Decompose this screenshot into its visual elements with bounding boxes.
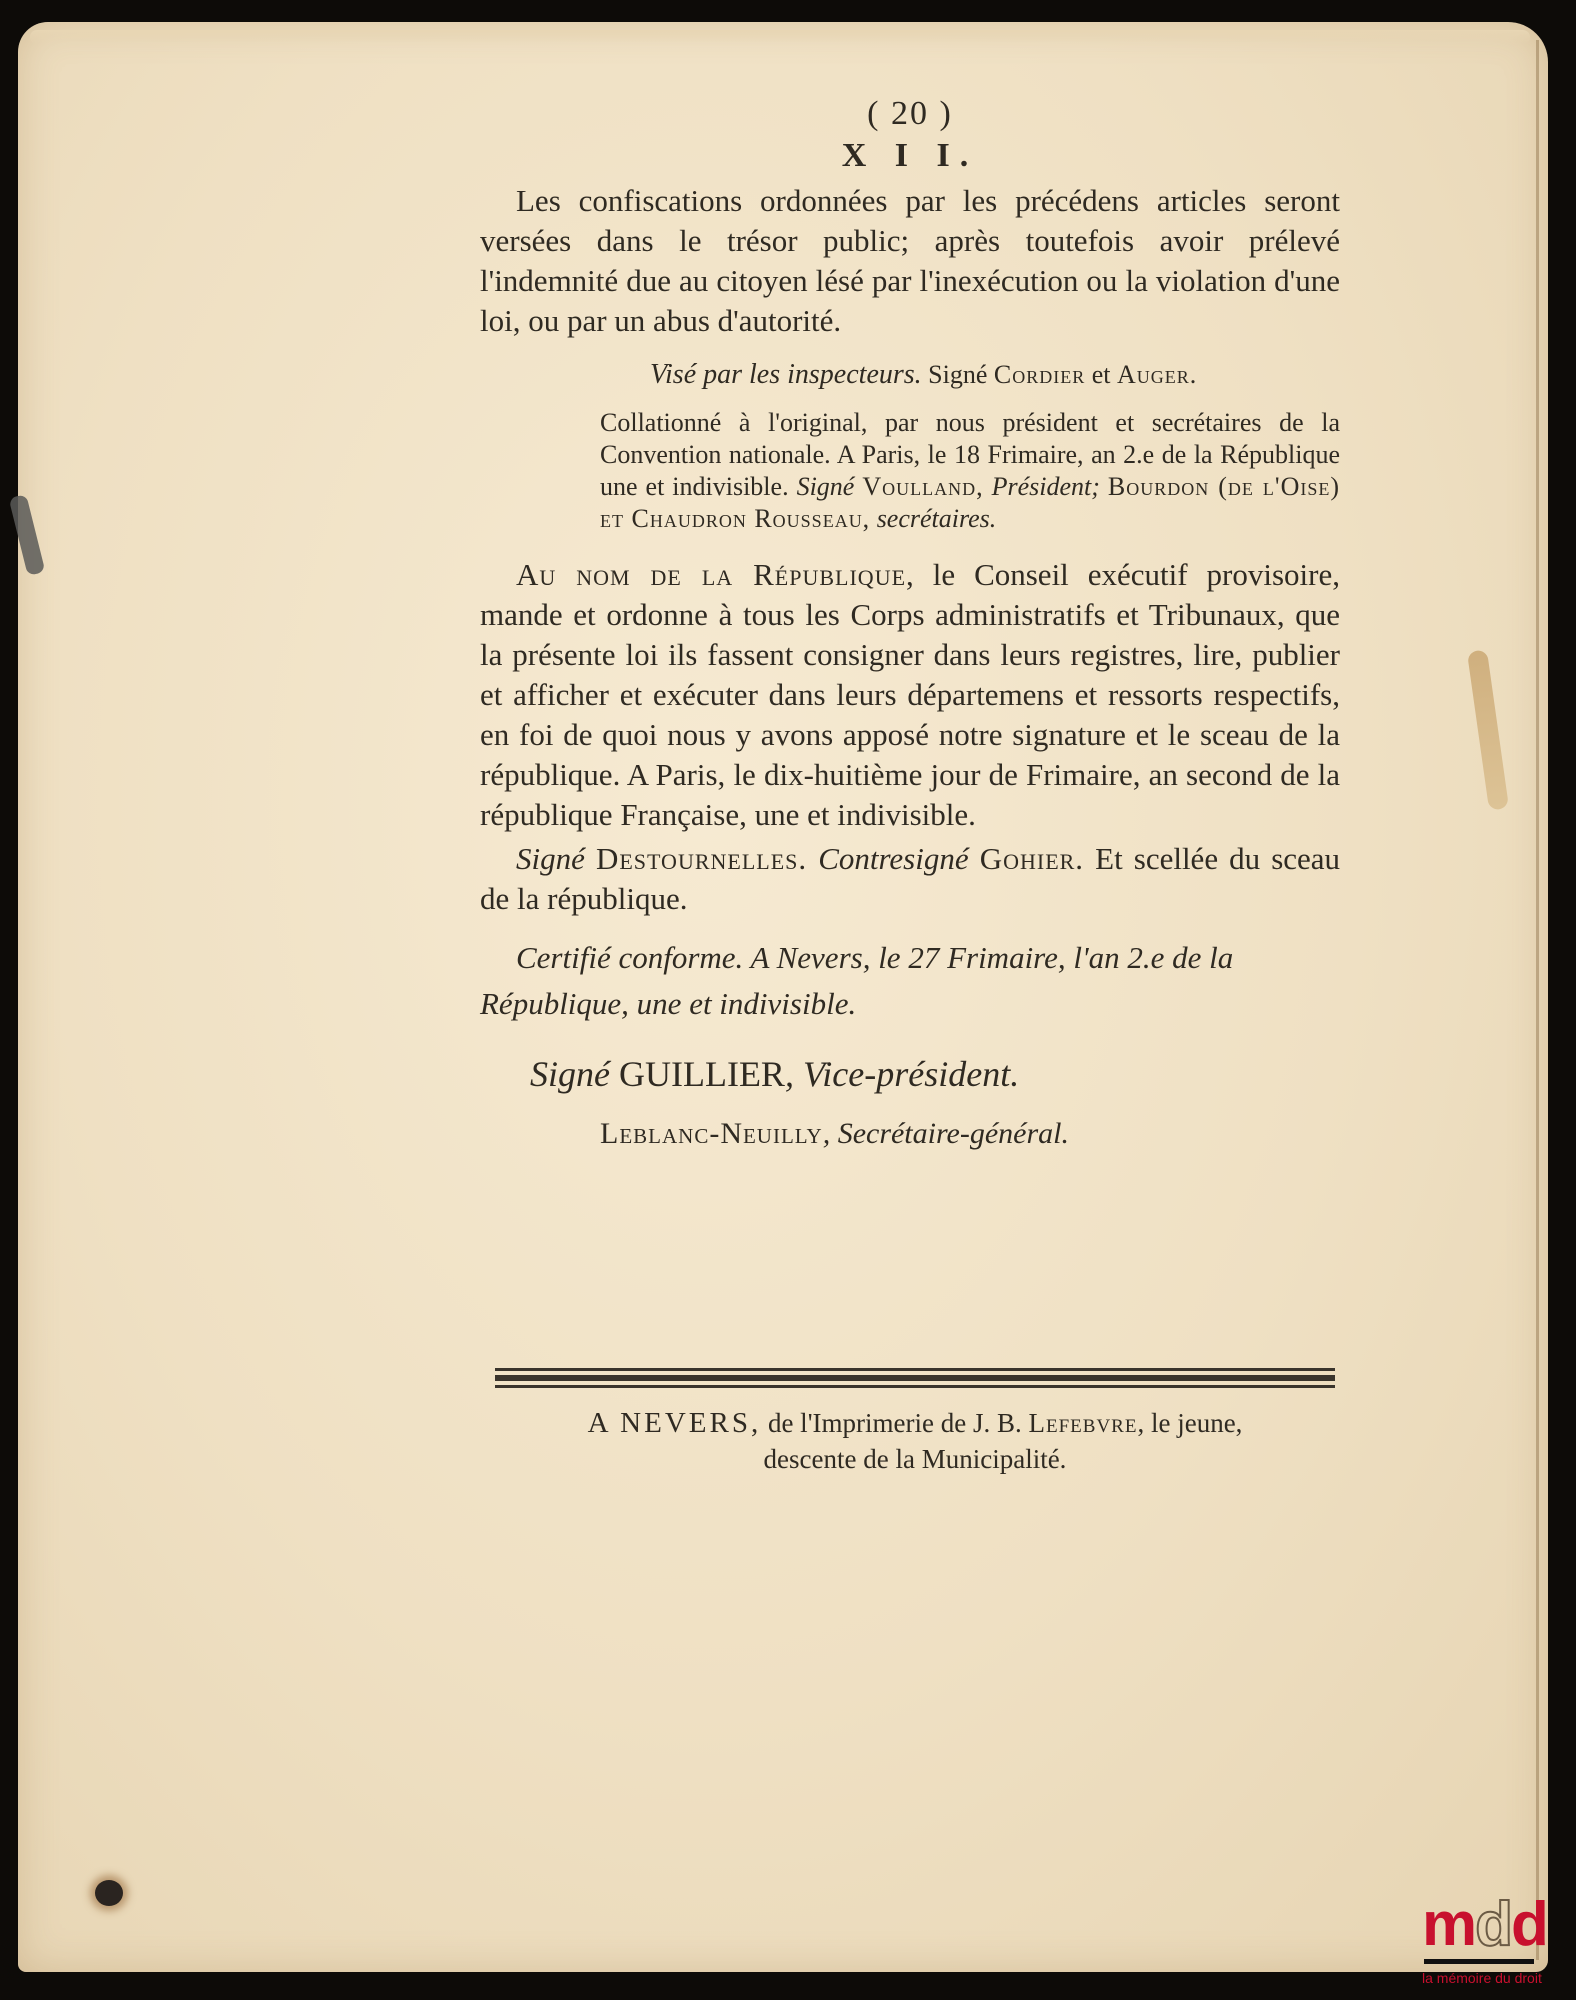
article-number: X I I.	[480, 137, 1340, 175]
certification: Certifié conforme. A Nevers, le 27 Frima…	[480, 935, 1340, 1027]
visa-and: et	[1092, 360, 1111, 389]
page-top-edge	[30, 30, 1530, 44]
imprint-rule	[495, 1368, 1335, 1392]
article-text: Les confiscations ordonnées par les préc…	[480, 181, 1340, 341]
proclamation-paragraph: Au nom de la République, le Conseil exéc…	[480, 555, 1340, 835]
inspector-name-2: Auger.	[1117, 360, 1197, 389]
president-title: Président;	[992, 472, 1100, 501]
printer-imprint: A NEVERS, de l'Imprimerie de J. B. Lefeb…	[490, 1405, 1340, 1477]
visa-line: Visé par les inspecteurs. Signé Cordier …	[650, 359, 1340, 391]
collation-signed: Signé	[797, 472, 855, 501]
imprint-text: de l'Imprimerie de J. B.	[761, 1408, 1028, 1438]
sg-name: Leblanc-Neuilly	[600, 1117, 823, 1150]
signed-label: Signé	[516, 841, 585, 876]
countersigned-label: Contresigné	[818, 841, 968, 876]
vp-name: GUILLIER	[619, 1054, 785, 1094]
vp-title: , Vice-président.	[785, 1054, 1019, 1094]
vp-signed: Signé	[530, 1054, 610, 1094]
document-body: ( 20 ) X I I. Les confiscations ordonnée…	[480, 95, 1340, 1151]
visa-label: Visé par les inspecteurs.	[650, 359, 922, 390]
proclamation-text: , le Conseil exécutif provisoire, mande …	[480, 557, 1340, 832]
binding-hole	[95, 1880, 123, 1906]
visa-signed: Signé	[928, 360, 987, 389]
mdd-logo-mark: mdd	[1422, 1895, 1576, 1955]
signature-block: Signé Destournelles. Contresigné Gohier.…	[480, 839, 1340, 919]
imprint-address: descente de la Municipalité.	[764, 1444, 1067, 1474]
signatory-destournelles: Destournelles.	[596, 841, 807, 876]
secretaries-title: secrétaires.	[877, 504, 997, 533]
signatory-gohier: Gohier.	[980, 841, 1084, 876]
page-number: ( 20 )	[480, 95, 1340, 135]
proclamation-lead: Au nom de la République	[516, 557, 906, 592]
logo-tagline: la mémoire du droit	[1422, 1970, 1576, 1986]
logo-underline	[1424, 1959, 1534, 1964]
imprint-end: , le jeune,	[1137, 1408, 1242, 1438]
president-name: Voulland,	[862, 472, 983, 501]
mdd-logo: mdd la mémoire du droit	[1422, 1895, 1576, 2000]
printer-name: Lefebvre	[1029, 1408, 1138, 1438]
page-fold-line	[1536, 40, 1539, 1960]
collation-paragraph: Collationné à l'original, par nous prési…	[600, 407, 1340, 535]
vice-president-signature: Signé GUILLIER, Vice-président.	[530, 1053, 1340, 1095]
sg-title: , Secrétaire-général.	[823, 1117, 1069, 1150]
imprint-city: A NEVERS,	[588, 1407, 762, 1439]
secretary-general-signature: Leblanc-Neuilly, Secrétaire-général.	[600, 1117, 1340, 1151]
inspector-name-1: Cordier	[994, 360, 1085, 389]
